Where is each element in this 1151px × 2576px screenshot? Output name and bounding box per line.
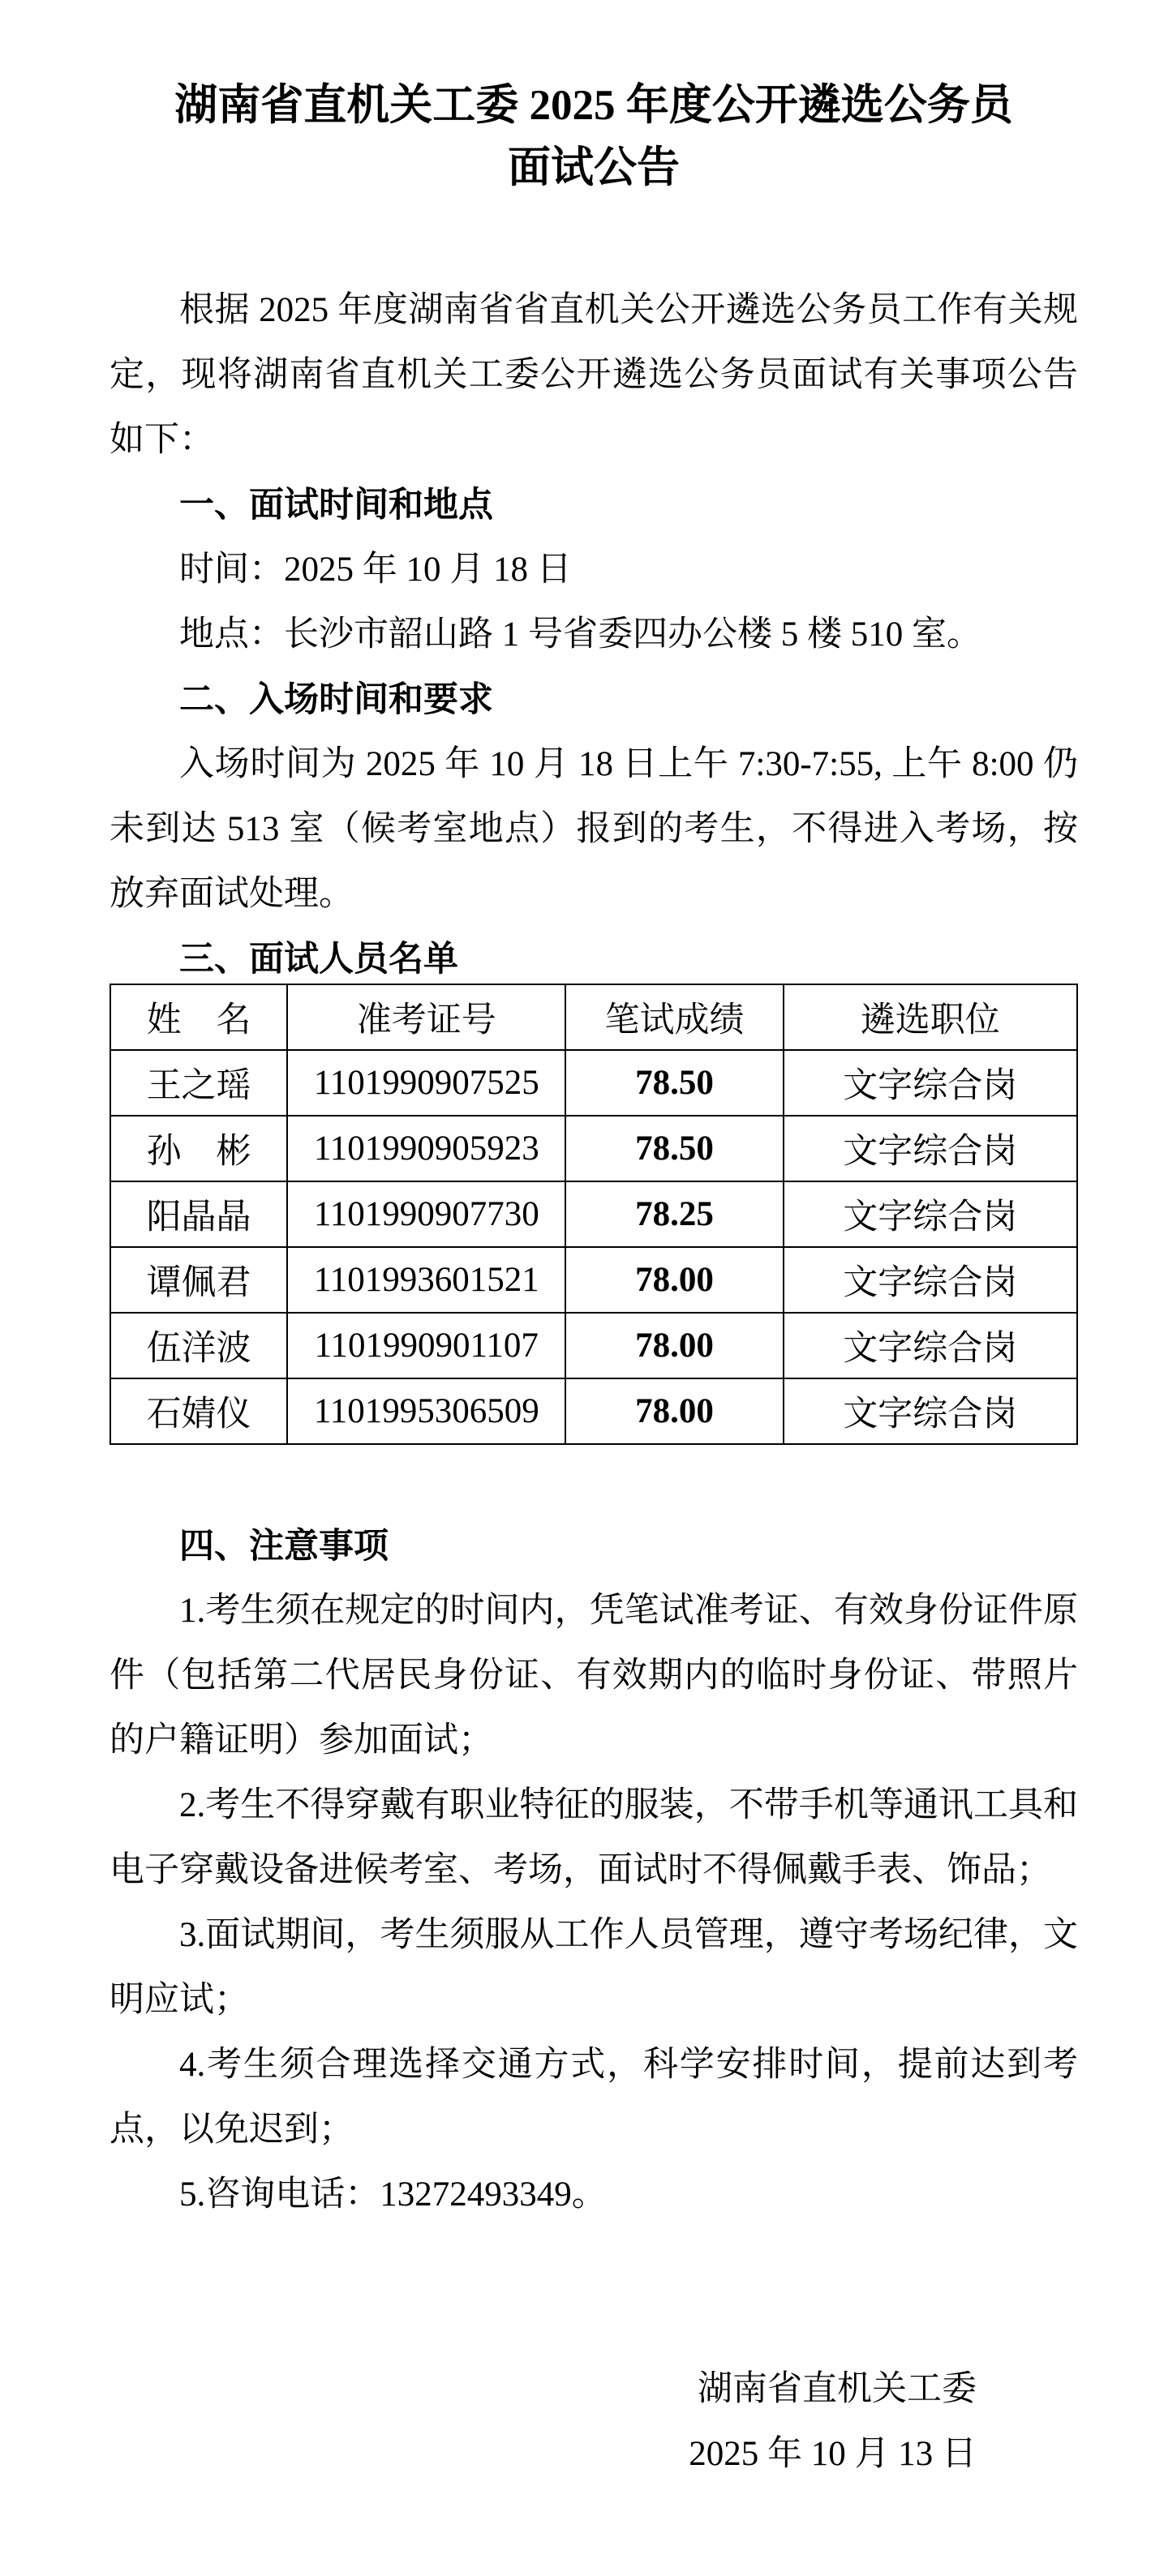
candidate-position: 文字综合岗	[784, 1313, 1077, 1378]
candidate-position: 文字综合岗	[784, 1116, 1077, 1181]
notice-item-5: 5.咨询电话：13272493349。	[110, 2162, 1078, 2227]
candidate-name: 王之瑶	[110, 1050, 287, 1116]
candidate-name: 谭佩君	[110, 1247, 287, 1313]
candidate-position: 文字综合岗	[784, 1181, 1077, 1247]
entry-requirements-paragraph: 入场时间为 2025 年 10 月 18 日上午 7:30-7:55, 上午 8…	[110, 732, 1078, 927]
interview-time-line: 时间：2025 年 10 月 18 日	[110, 538, 1078, 602]
col-header-position: 遴选职位	[784, 984, 1077, 1050]
notice-item-1: 1.考生须在规定的时间内，凭笔试准考证、有效身份证件原件（包括第二代居民身份证、…	[110, 1579, 1078, 1773]
section-1-heading: 一、面试时间和地点	[110, 473, 1078, 538]
section-4-heading: 四、注意事项	[110, 1514, 1078, 1579]
candidate-position: 文字综合岗	[784, 1050, 1077, 1116]
col-header-name: 姓 名	[110, 984, 287, 1050]
candidate-position: 文字综合岗	[784, 1378, 1077, 1444]
candidate-ticket-number: 1101990907525	[287, 1050, 565, 1116]
candidate-score: 78.25	[565, 1181, 783, 1247]
candidate-score: 78.00	[565, 1313, 783, 1378]
candidate-name: 孙 彬	[110, 1116, 287, 1181]
table-row: 孙 彬 1101990905923 78.50 文字综合岗	[110, 1116, 1077, 1181]
announcement-document: 湖南省直机关工委 2025 年度公开遴选公务员 面试公告 根据 2025 年度湖…	[0, 0, 1151, 2576]
signature-block: 湖南省直机关工委 2025 年 10 月 13 日	[110, 2357, 1078, 2487]
candidate-name: 石婧仪	[110, 1378, 287, 1444]
interview-place-line: 地点：长沙市韶山路 1 号省委四办公楼 5 楼 510 室。	[110, 602, 1078, 667]
title-line-2: 面试公告	[110, 137, 1078, 199]
section-2-heading: 二、入场时间和要求	[110, 667, 1078, 732]
candidate-name: 阳晶晶	[110, 1181, 287, 1247]
interview-candidates-table: 姓 名 准考证号 笔试成绩 遴选职位 王之瑶 1101990907525 78.…	[110, 984, 1078, 1445]
candidate-score: 78.50	[565, 1050, 783, 1116]
signature-org: 湖南省直机关工委	[110, 2357, 1078, 2422]
table-row: 谭佩君 1101993601521 78.00 文字综合岗	[110, 1247, 1077, 1313]
candidate-score: 78.00	[565, 1378, 783, 1444]
notice-item-3: 3.面试期间，考生须服从工作人员管理，遵守考场纪律，文明应试；	[110, 1903, 1078, 2033]
candidate-ticket-number: 1101990905923	[287, 1116, 565, 1181]
table-row: 伍洋波 1101990901107 78.00 文字综合岗	[110, 1313, 1077, 1378]
document-title: 湖南省直机关工委 2025 年度公开遴选公务员 面试公告	[110, 75, 1078, 199]
table-header-row: 姓 名 准考证号 笔试成绩 遴选职位	[110, 984, 1077, 1050]
col-header-ticket-number: 准考证号	[287, 984, 565, 1050]
notice-item-2: 2.考生不得穿戴有职业特征的服装，不带手机等通讯工具和电子穿戴设备进候考室、考场…	[110, 1773, 1078, 1903]
col-header-written-score: 笔试成绩	[565, 984, 783, 1050]
table-row: 阳晶晶 1101990907730 78.25 文字综合岗	[110, 1181, 1077, 1247]
notice-item-4: 4.考生须合理选择交通方式，科学安排时间，提前达到考点，以免迟到；	[110, 2033, 1078, 2162]
candidate-score: 78.50	[565, 1116, 783, 1181]
candidate-ticket-number: 1101990901107	[287, 1313, 565, 1378]
candidate-name: 伍洋波	[110, 1313, 287, 1378]
candidate-position: 文字综合岗	[784, 1247, 1077, 1313]
title-line-1: 湖南省直机关工委 2025 年度公开遴选公务员	[110, 75, 1078, 137]
candidate-score: 78.00	[565, 1247, 783, 1313]
section-3-heading: 三、面试人员名单	[110, 927, 1078, 992]
candidate-ticket-number: 1101990907730	[287, 1181, 565, 1247]
candidate-ticket-number: 1101993601521	[287, 1247, 565, 1313]
intro-paragraph: 根据 2025 年度湖南省省直机关公开遴选公务员工作有关规定，现将湖南省直机关工…	[110, 278, 1078, 473]
signature-date: 2025 年 10 月 13 日	[110, 2422, 1078, 2487]
table-row: 石婧仪 1101995306509 78.00 文字综合岗	[110, 1378, 1077, 1444]
candidate-ticket-number: 1101995306509	[287, 1378, 565, 1444]
table-row: 王之瑶 1101990907525 78.50 文字综合岗	[110, 1050, 1077, 1116]
